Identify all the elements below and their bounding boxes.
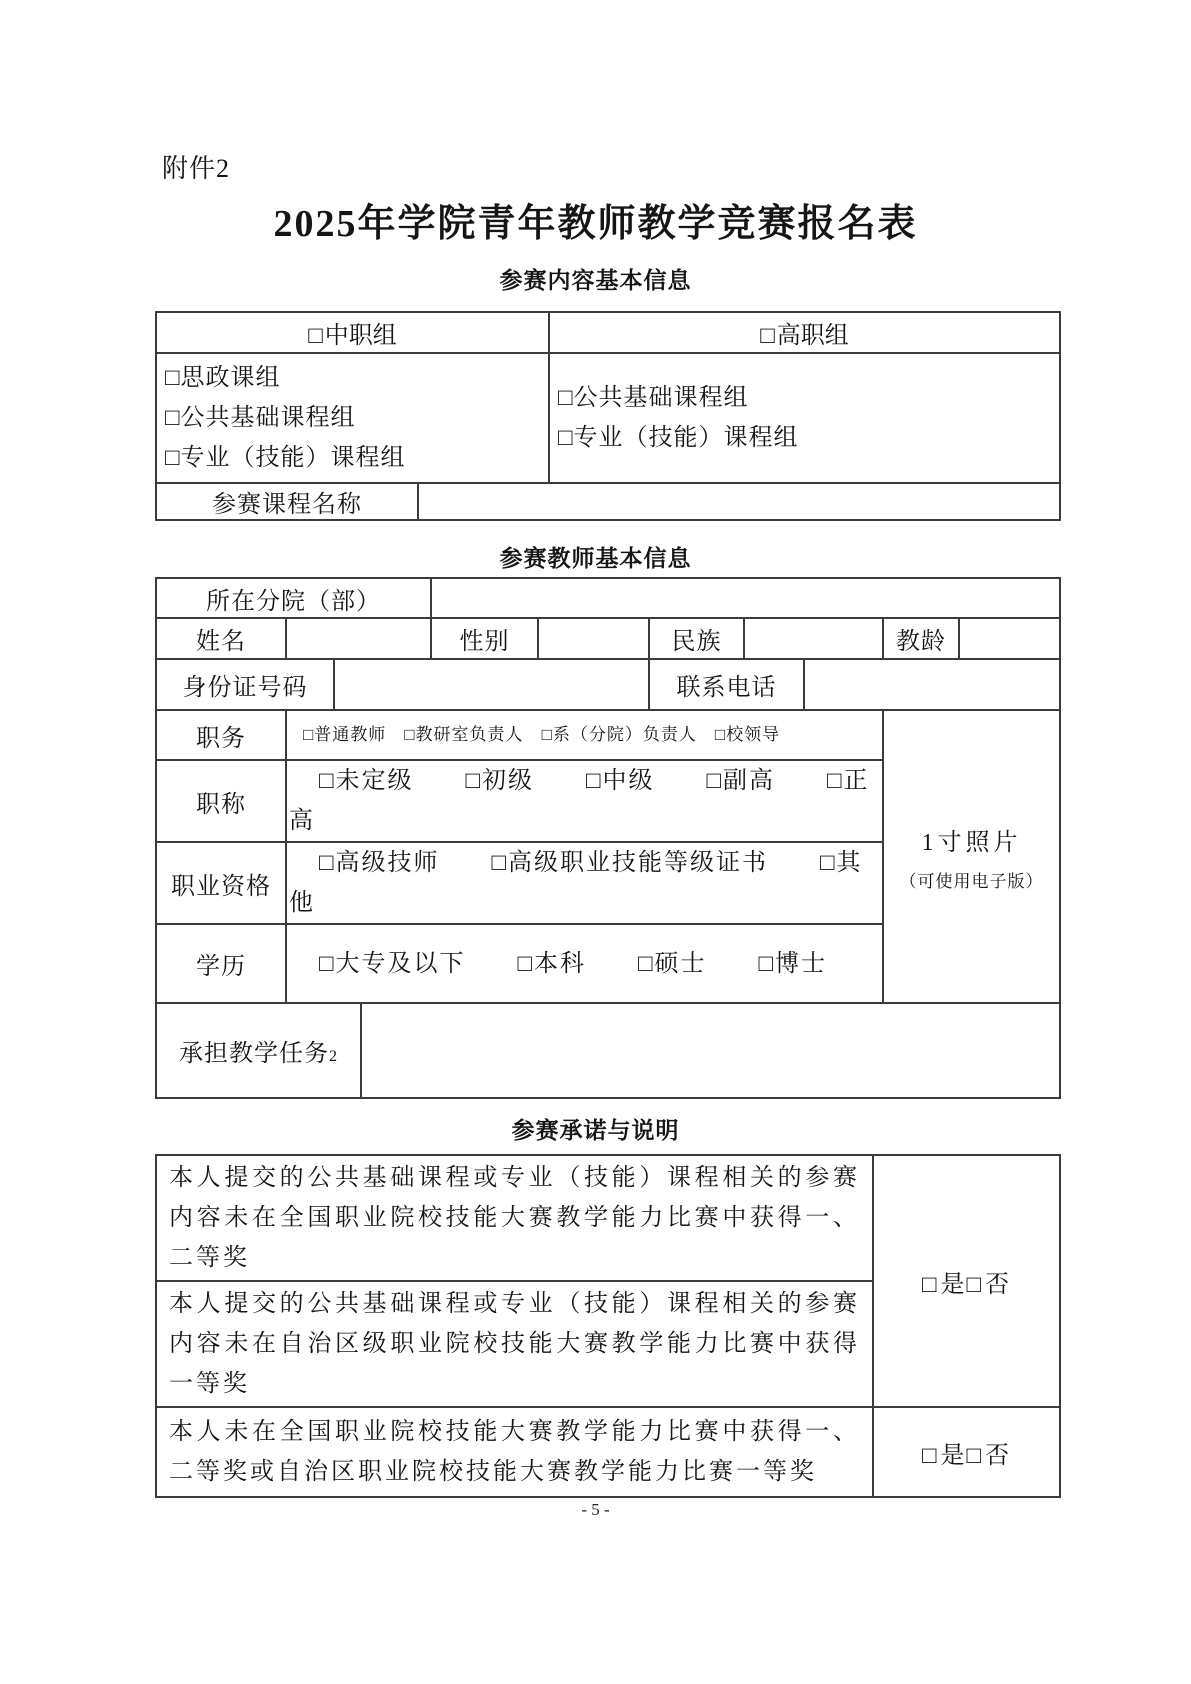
category-cell-gaozhi: □高职组 <box>549 312 1060 353</box>
gaozhi-group-options-cell: □公共基础课程组□专业（技能）课程组 <box>549 353 1060 483</box>
teaching-task-input-cell[interactable] <box>361 1003 1060 1098</box>
checkbox-option[interactable]: □本科 <box>518 951 587 977</box>
table-row: 参赛课程名称 <box>156 483 1060 520</box>
checkbox-option[interactable]: □公共基础课程组 <box>558 378 1051 418</box>
department-input-cell[interactable] <box>431 578 1060 618</box>
table-row: 身份证号码 联系电话 <box>156 659 1060 710</box>
commitment-statement-1: 本人提交的公共基础课程或专业（技能）课程相关的参赛内容未在全国职业院校技能大赛教… <box>156 1155 873 1281</box>
education-label: 学历 <box>156 924 286 1003</box>
teaching-years-input-cell[interactable] <box>959 618 1060 659</box>
qualification-options-cell: □高级技师 □高级职业技能等级证书 □其他 <box>286 842 883 924</box>
yes-no-cell-2: □是□否 <box>873 1407 1060 1497</box>
page-number: - 5 - <box>0 1500 1191 1520</box>
photo-cell: 1寸照片 （可使用电子版） <box>883 710 1060 1003</box>
checkbox-option[interactable]: □高级职业技能等级证书 <box>492 850 769 876</box>
name-label: 姓名 <box>156 618 286 659</box>
checkbox-option[interactable]: □中级 <box>586 768 655 794</box>
zhongzhi-group-options-cell: □思政课组□公共基础课程组□专业（技能）课程组 <box>156 353 549 483</box>
document-page: { "checkbox_glyph": "□", "page": { "atta… <box>0 0 1191 1684</box>
option-label: 高职组 <box>777 323 849 349</box>
table-row: 姓名 性别 民族 教龄 <box>156 618 1060 659</box>
attachment-label: 附件2 <box>162 148 230 185</box>
checkbox-icon[interactable]: □ <box>922 1272 941 1298</box>
teacher-info-table: 所在分院（部） 姓名 性别 民族 教龄 身份证号码 联系电话 职务 □普通教师 … <box>155 577 1061 1099</box>
position-options-cell: □普通教师 □教研室负责人 □系（分院）负责人 □校领导 <box>286 710 883 760</box>
checkbox-icon[interactable]: □ <box>967 1272 986 1298</box>
commitment-table: 本人提交的公共基础课程或专业（技能）课程相关的参赛内容未在全国职业院校技能大赛教… <box>155 1154 1061 1498</box>
checkbox-option-no[interactable]: □否 <box>967 1272 1012 1298</box>
qualification-label: 职业资格 <box>156 842 286 924</box>
teaching-years-label: 教龄 <box>883 618 959 659</box>
content-info-table: □中职组 □高职组 □思政课组□公共基础课程组□专业（技能）课程组 □公共基础课… <box>155 311 1061 521</box>
position-label: 职务 <box>156 710 286 760</box>
teaching-task-label: 承担教学任务2 <box>156 1003 361 1098</box>
option-label: 是 <box>941 1443 967 1469</box>
table-row: 本人未在全国职业院校技能大赛教学能力比赛中获得一、二等奖或自治区职业院校技能大赛… <box>156 1407 1060 1497</box>
checkbox-option[interactable]: □高级技师 <box>319 850 440 876</box>
education-options-cell: □大专及以下 □本科 □硕士 □博士 <box>286 924 883 1003</box>
checkbox-option-gaozhizu[interactable]: □高职组 <box>760 323 849 349</box>
table-row: 本人提交的公共基础课程或专业（技能）课程相关的参赛内容未在全国职业院校技能大赛教… <box>156 1155 1060 1281</box>
title-options-cell: □未定级 □初级 □中级 □副高 □正高 <box>286 760 883 842</box>
checkbox-option-yes[interactable]: □是 <box>922 1272 967 1298</box>
checkbox-icon[interactable]: □ <box>922 1443 941 1469</box>
checkbox-option[interactable]: □教研室负责人 <box>404 725 523 744</box>
phone-input-cell[interactable] <box>804 659 1060 710</box>
table-row: □中职组 □高职组 <box>156 312 1060 353</box>
checkbox-option[interactable]: □专业（技能）课程组 <box>558 418 1051 458</box>
gender-input-cell[interactable] <box>538 618 649 659</box>
option-label: 是 <box>941 1272 967 1298</box>
checkbox-option[interactable]: □专业（技能）课程组 <box>165 438 540 478</box>
footnote-marker: 2 <box>329 1048 338 1065</box>
checkbox-option[interactable]: □博士 <box>759 951 828 977</box>
table-row: 职务 □普通教师 □教研室负责人 □系（分院）负责人 □校领导 1寸照片 （可使… <box>156 710 1060 760</box>
gender-label: 性别 <box>431 618 538 659</box>
checkbox-option[interactable]: □初级 <box>466 768 535 794</box>
id-number-input-cell[interactable] <box>334 659 649 710</box>
checkbox-option[interactable]: □副高 <box>707 768 776 794</box>
checkbox-option[interactable]: □系（分院）负责人 <box>542 725 697 744</box>
checkbox-option[interactable]: □思政课组 <box>165 358 540 398</box>
phone-label: 联系电话 <box>649 659 804 710</box>
option-label: 否 <box>985 1272 1011 1298</box>
checkbox-option[interactable]: □未定级 <box>319 768 414 794</box>
option-label: 中职组 <box>325 323 397 349</box>
table-row: 承担教学任务2 <box>156 1003 1060 1098</box>
title-label: 职称 <box>156 760 286 842</box>
course-name-input-cell[interactable] <box>418 483 1060 520</box>
checkbox-option-zhongzhizu[interactable]: □中职组 <box>308 323 397 349</box>
checkbox-option[interactable]: □大专及以下 <box>319 951 466 977</box>
checkbox-option[interactable]: □普通教师 <box>303 725 386 744</box>
checkbox-option-yes[interactable]: □是 <box>922 1443 967 1469</box>
checkbox-option[interactable]: □硕士 <box>638 951 707 977</box>
commitment-statement-2: 本人提交的公共基础课程或专业（技能）课程相关的参赛内容未在自治区级职业院校技能大… <box>156 1281 873 1407</box>
checkbox-icon[interactable]: □ <box>967 1443 986 1469</box>
checkbox-option-no[interactable]: □否 <box>967 1443 1012 1469</box>
checkbox-option[interactable]: □校领导 <box>715 725 780 744</box>
id-number-label: 身份证号码 <box>156 659 334 710</box>
name-input-cell[interactable] <box>286 618 431 659</box>
ethnicity-input-cell[interactable] <box>744 618 883 659</box>
photo-label: 1寸照片 <box>884 822 1059 857</box>
commitment-statement-3: 本人未在全国职业院校技能大赛教学能力比赛中获得一、二等奖或自治区职业院校技能大赛… <box>156 1407 873 1497</box>
course-name-label: 参赛课程名称 <box>156 483 418 520</box>
checkbox-icon[interactable]: □ <box>308 323 325 349</box>
department-label: 所在分院（部） <box>156 578 431 618</box>
table-row: 所在分院（部） <box>156 578 1060 618</box>
ethnicity-label: 民族 <box>649 618 744 659</box>
section-heading-content-info: 参赛内容基本信息 <box>0 262 1191 295</box>
checkbox-option[interactable]: □公共基础课程组 <box>165 398 540 438</box>
yes-no-cell-1: □是□否 <box>873 1155 1060 1407</box>
table-row: □思政课组□公共基础课程组□专业（技能）课程组 □公共基础课程组□专业（技能）课… <box>156 353 1060 483</box>
page-title: 2025年学院青年教师教学竞赛报名表 <box>0 192 1191 247</box>
section-heading-commitment: 参赛承诺与说明 <box>0 1112 1191 1145</box>
photo-note: （可使用电子版） <box>884 867 1059 892</box>
section-heading-teacher-info: 参赛教师基本信息 <box>0 540 1191 573</box>
category-cell-zhongzhi: □中职组 <box>156 312 549 353</box>
checkbox-icon[interactable]: □ <box>760 323 777 349</box>
option-label: 否 <box>985 1443 1011 1469</box>
